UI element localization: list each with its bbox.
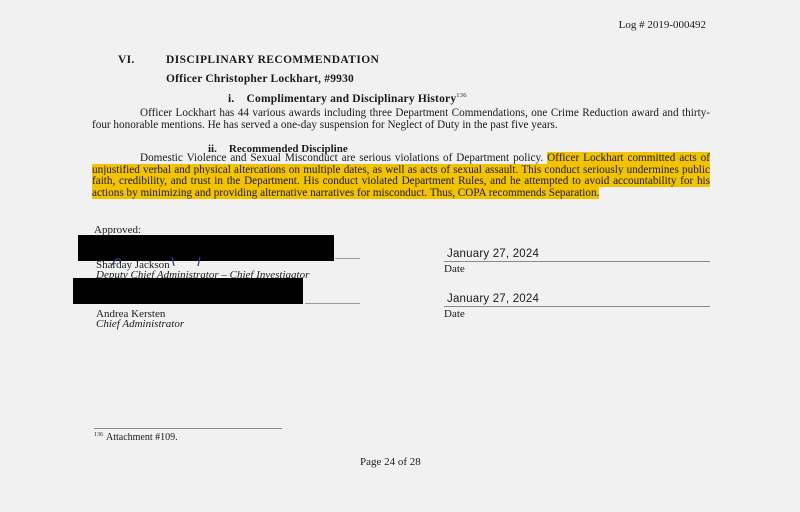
footnote-text: Attachment #109.	[106, 432, 178, 443]
subsection-title: Complimentary and Disciplinary History	[246, 93, 456, 105]
subsection-number: i.	[228, 93, 234, 105]
page-number: Page 24 of 28	[360, 456, 421, 468]
signatory-title: Chief Administrator	[96, 318, 184, 330]
log-number: Log # 2019-000492	[619, 19, 706, 31]
discipline-intro: Domestic Violence and Sexual Misconduct …	[140, 152, 543, 164]
signature-line	[305, 303, 360, 304]
signature-date: January 27, 2024	[447, 293, 539, 305]
subsection-heading-history: i.Complimentary and Disciplinary History…	[228, 92, 467, 105]
footnote-reference[interactable]: 136	[456, 92, 466, 99]
section-title: DISCIPLINARY RECOMMENDATION	[166, 54, 379, 66]
date-label: Date	[444, 308, 465, 320]
officer-heading: Officer Christopher Lockhart, #9930	[166, 73, 354, 85]
date-line	[444, 261, 710, 262]
discipline-paragraph: Domestic Violence and Sexual Misconduct …	[92, 153, 710, 199]
history-paragraph: Officer Lockhart has 44 various awards i…	[92, 108, 710, 131]
date-line	[444, 306, 710, 307]
footnote: 136Attachment #109.	[94, 432, 178, 443]
signature-date: January 27, 2024	[447, 248, 539, 260]
footnote-number: 136	[94, 432, 103, 438]
date-label: Date	[444, 263, 465, 275]
footnote-divider	[94, 428, 282, 429]
redacted-signature	[73, 278, 303, 304]
signature-line	[335, 258, 360, 259]
section-number: VI.	[118, 54, 135, 66]
